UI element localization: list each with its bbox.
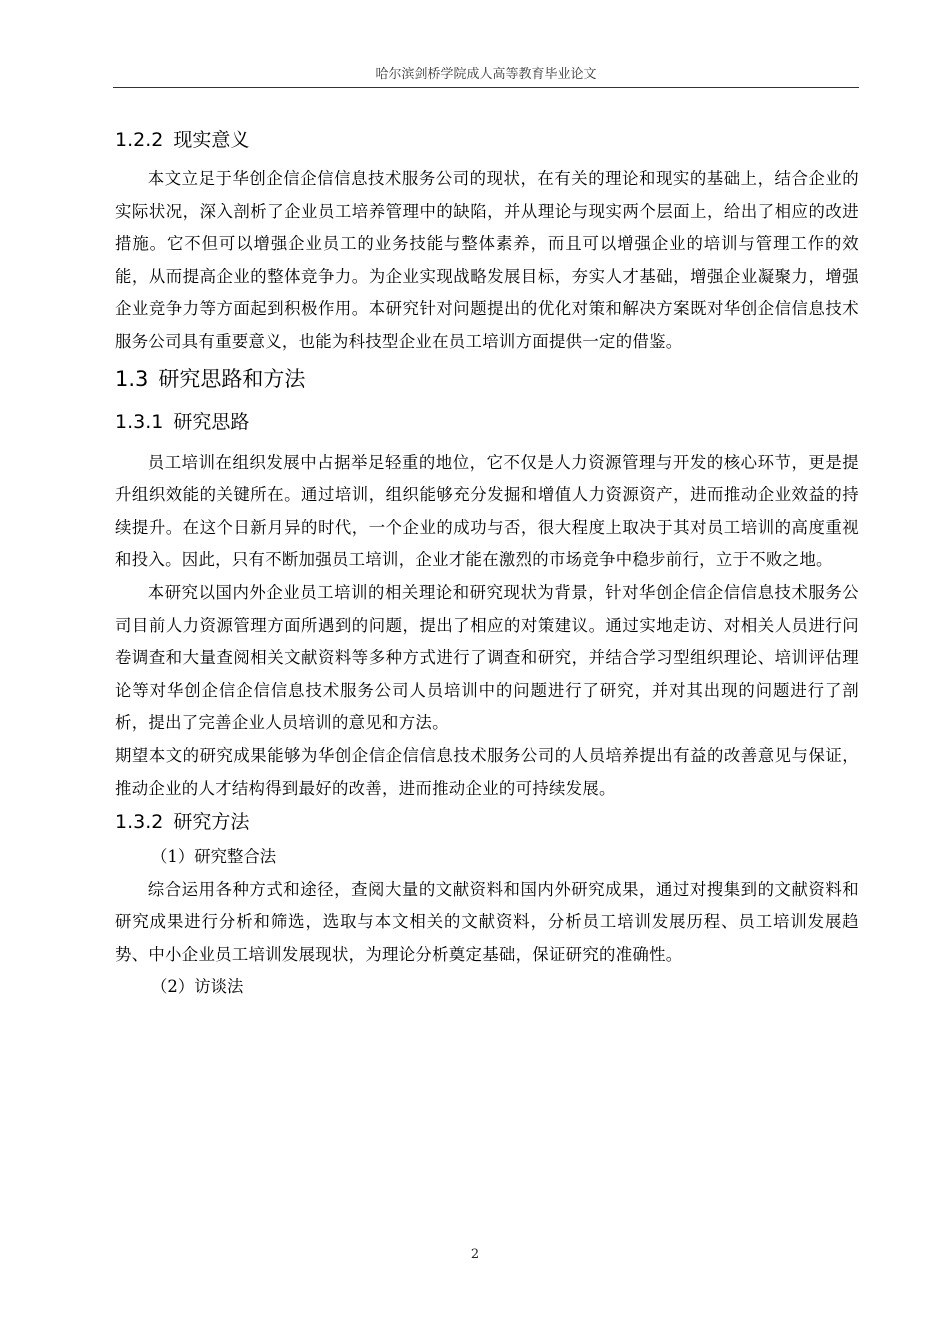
page-number: 2 bbox=[0, 1247, 950, 1262]
heading-title: 研究思路和方法 bbox=[158, 367, 305, 391]
heading-number: 1.3 bbox=[115, 367, 148, 391]
paragraph: 员工培训在组织发展中占据举足轻重的地位，它不仅是人力资源管理与开发的核心环节，更… bbox=[115, 447, 859, 577]
heading-1-3-1: 1.3.1研究思路 bbox=[115, 405, 859, 439]
heading-number: 1.2.2 bbox=[115, 129, 163, 151]
paragraph: 本研究以国内外企业员工培训的相关理论和研究现状为背景，针对华创企信企信信息技术服… bbox=[115, 577, 859, 740]
paragraph: 综合运用各种方式和途径，查阅大量的文献资料和国内外研究成果，通过对搜集到的文献资… bbox=[115, 874, 859, 972]
running-header: 哈尔滨剑桥学院成人高等教育毕业论文 bbox=[113, 66, 859, 84]
page-body: 1.2.2现实意义 本文立足于华创企信企信信息技术服务公司的现状，在有关的理论和… bbox=[115, 123, 859, 1004]
heading-number: 1.3.1 bbox=[115, 411, 163, 433]
heading-title: 现实意义 bbox=[173, 129, 249, 151]
heading-title: 研究方法 bbox=[173, 811, 249, 833]
paragraph: 本文立足于华创企信企信信息技术服务公司的现状，在有关的理论和现实的基础上，结合企… bbox=[115, 163, 859, 359]
paragraph: 期望本文的研究成果能够为华创企信企信信息技术服务公司的人员培养提出有益的改善意见… bbox=[115, 740, 859, 805]
heading-title: 研究思路 bbox=[173, 411, 249, 433]
heading-1-3-2: 1.3.2研究方法 bbox=[115, 805, 859, 839]
method-item-label: （2）访谈法 bbox=[115, 971, 859, 1004]
heading-1-3: 1.3研究思路和方法 bbox=[115, 359, 859, 399]
heading-number: 1.3.2 bbox=[115, 811, 163, 833]
heading-1-2-2: 1.2.2现实意义 bbox=[115, 123, 859, 157]
method-item-label: （1）研究整合法 bbox=[115, 841, 859, 874]
header-divider bbox=[113, 87, 859, 88]
